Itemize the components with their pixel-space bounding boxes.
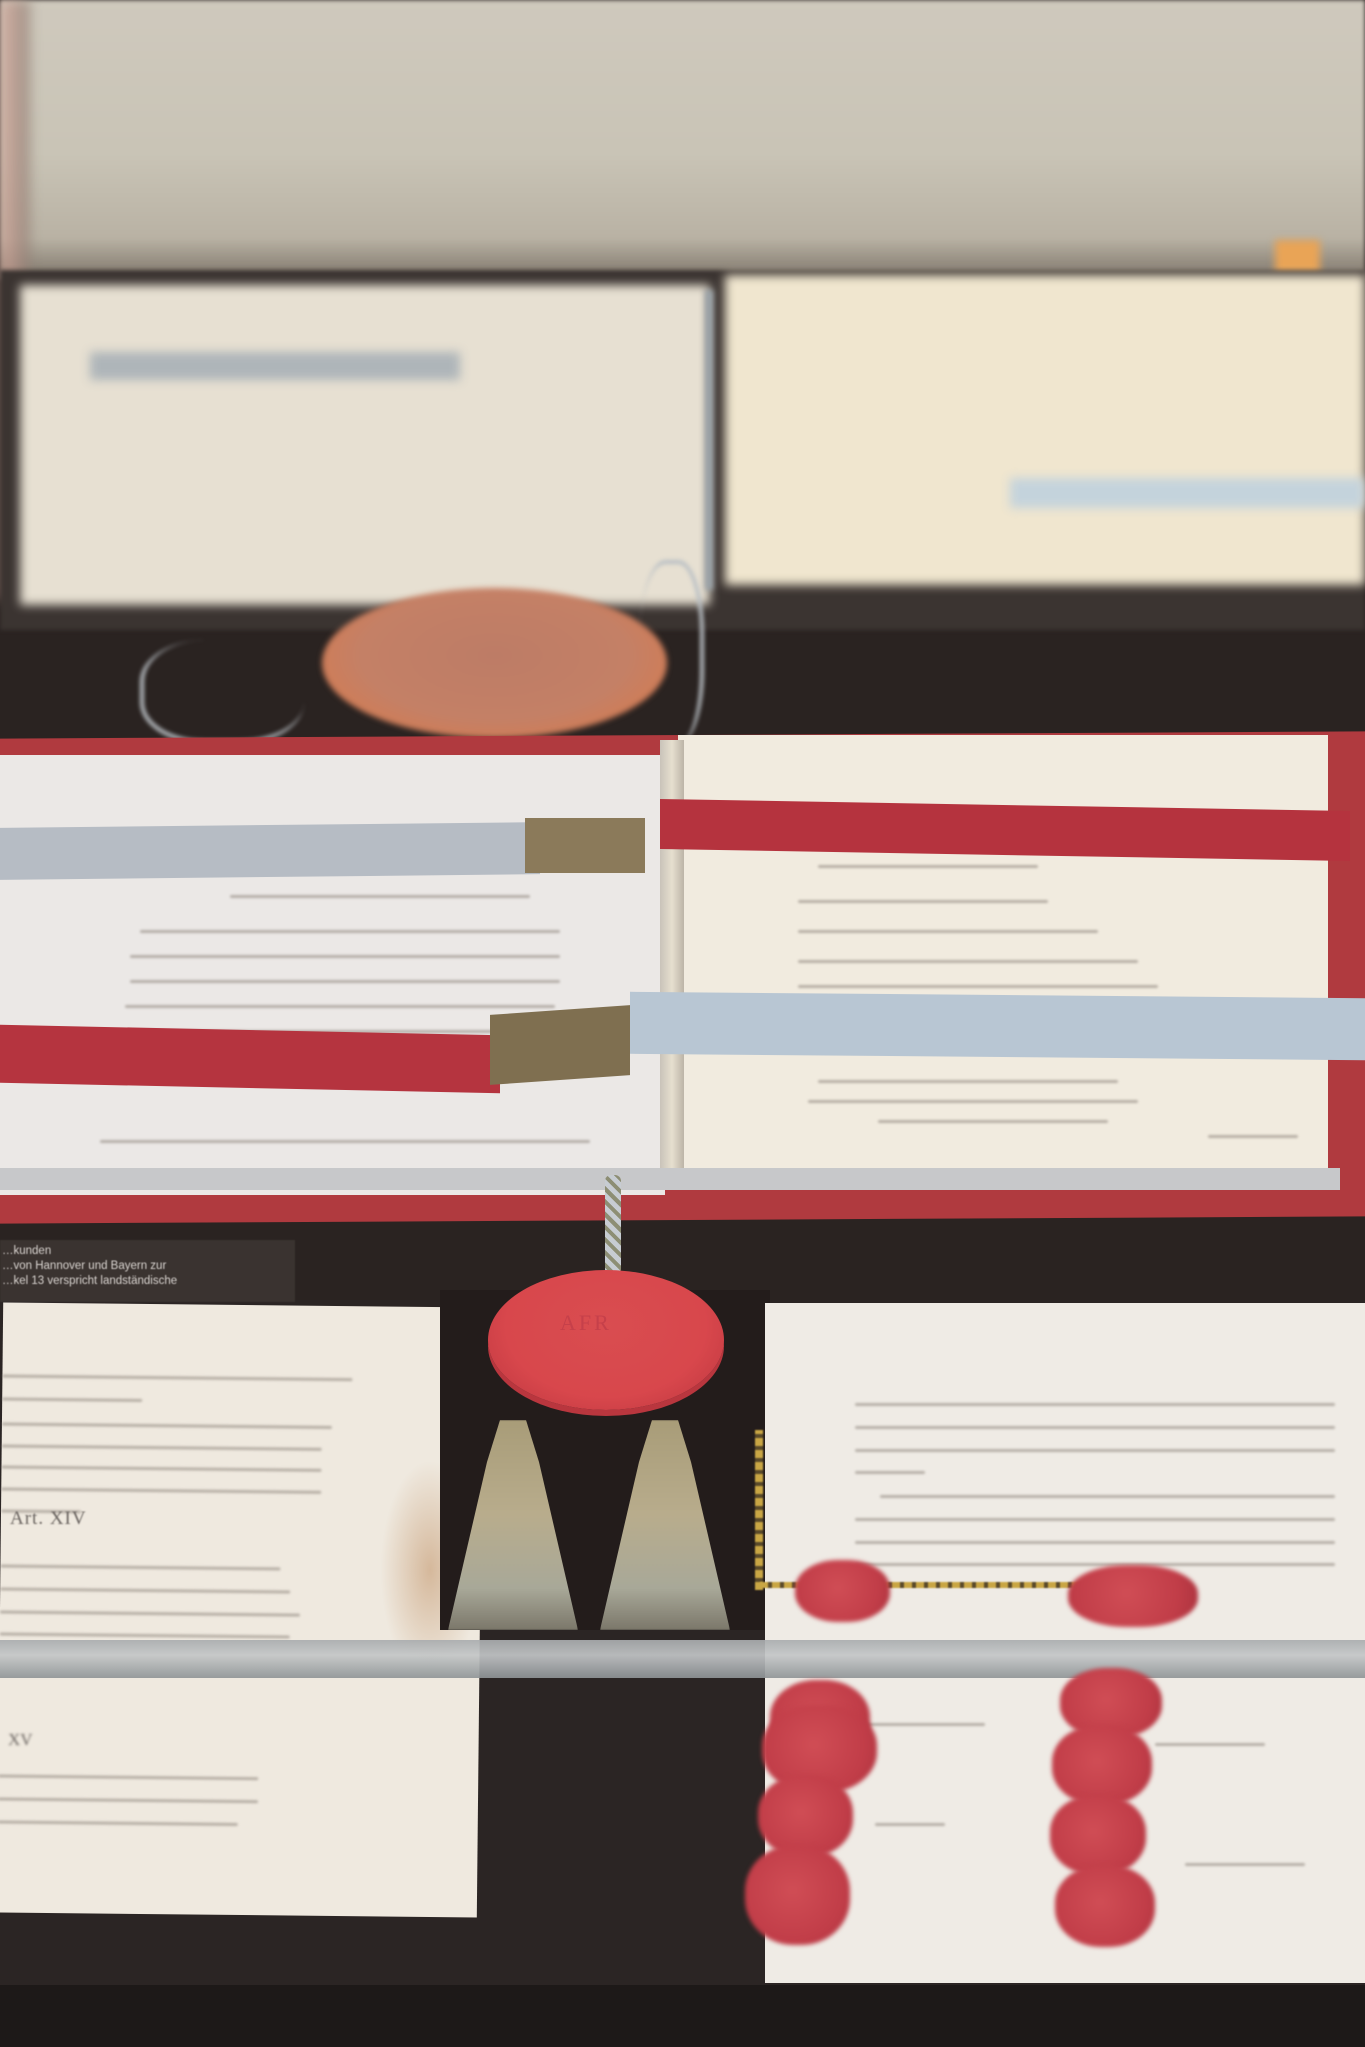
blue-ribbon — [630, 992, 1365, 1060]
far-document-right-page — [725, 275, 1365, 585]
handwriting-line — [1, 1487, 321, 1493]
handwriting-line — [2, 1422, 332, 1428]
blue-ribbon — [0, 822, 540, 880]
gold-brocade-patch — [490, 1005, 630, 1085]
handwriting-line — [0, 1774, 258, 1780]
handwriting-line — [2, 1374, 352, 1381]
label-line: …kunden — [2, 1244, 295, 1259]
handwriting-line — [855, 1403, 1335, 1406]
handwriting-line — [878, 1120, 1108, 1123]
handwriting-line — [0, 1797, 258, 1803]
exhibit-label: …kunden …von Hannover und Bayern zur …ke… — [0, 1240, 295, 1302]
signature — [1208, 1135, 1298, 1138]
handwriting-line — [2, 1444, 322, 1450]
handwriting-line — [798, 985, 1158, 988]
signature — [1155, 1743, 1265, 1746]
handwriting-line — [855, 1518, 1335, 1521]
handwriting-line — [0, 1632, 290, 1638]
glass-shelf-edge — [0, 1640, 1365, 1678]
handwriting-line — [230, 895, 530, 898]
far-wax-seal — [322, 588, 667, 738]
wax-seal — [1050, 1795, 1146, 1875]
handwriting-line — [880, 1495, 1335, 1498]
far-ribbon-left — [90, 352, 460, 380]
handwriting-line — [798, 900, 1048, 903]
handwriting-line — [0, 1564, 280, 1570]
handwriting-line — [818, 865, 1038, 868]
handwriting-line — [798, 930, 1098, 933]
handwriting-line — [0, 1587, 290, 1593]
wax-seal — [745, 1845, 850, 1945]
far-ribbon-right — [1010, 478, 1365, 508]
handwriting-line — [130, 955, 560, 958]
wax-seal — [795, 1560, 890, 1622]
seal-inscription: AFR — [560, 1310, 612, 1336]
article-heading: Art. XIV — [10, 1508, 87, 1530]
gold-cord — [755, 1430, 763, 1590]
far-document-spine — [705, 290, 713, 590]
handwriting-line — [140, 930, 560, 933]
signature — [875, 1823, 945, 1826]
wax-seal — [1052, 1725, 1152, 1805]
signature — [1185, 1863, 1305, 1866]
case-floor-shadow — [0, 1985, 1365, 2047]
handwriting-line — [2, 1397, 142, 1401]
seal-cord — [605, 1175, 621, 1275]
handwriting-line — [100, 1140, 590, 1143]
gold-brocade-patch — [525, 818, 645, 873]
seal-cord — [140, 640, 304, 744]
handwriting-line — [855, 1426, 1335, 1429]
wax-seal — [488, 1270, 724, 1410]
handwriting-line — [855, 1449, 1335, 1452]
handwriting-line — [855, 1563, 1335, 1566]
label-line: …kel 13 verspricht landständische — [2, 1274, 295, 1289]
handwriting-line — [0, 1820, 238, 1826]
handwriting-line — [855, 1471, 925, 1474]
far-document-left-page — [20, 285, 710, 605]
label-line: …von Hannover und Bayern zur — [2, 1259, 295, 1274]
handwriting-line — [125, 1005, 555, 1008]
article-heading: XV — [8, 1730, 33, 1750]
handwriting-line — [798, 960, 1138, 963]
handwriting-line — [0, 1610, 300, 1616]
handwriting-line — [855, 1541, 1335, 1544]
book-page-edge — [0, 1168, 1340, 1190]
blurred-wall — [0, 0, 1365, 280]
handwriting-line — [808, 1100, 1138, 1103]
handwriting-line — [1, 1465, 321, 1471]
handwriting-line — [818, 1080, 1118, 1083]
handwriting-line — [130, 980, 560, 983]
wax-seal — [1055, 1865, 1155, 1947]
wax-seal — [1068, 1565, 1198, 1627]
red-ribbon — [0, 1025, 500, 1093]
signature — [865, 1723, 985, 1726]
